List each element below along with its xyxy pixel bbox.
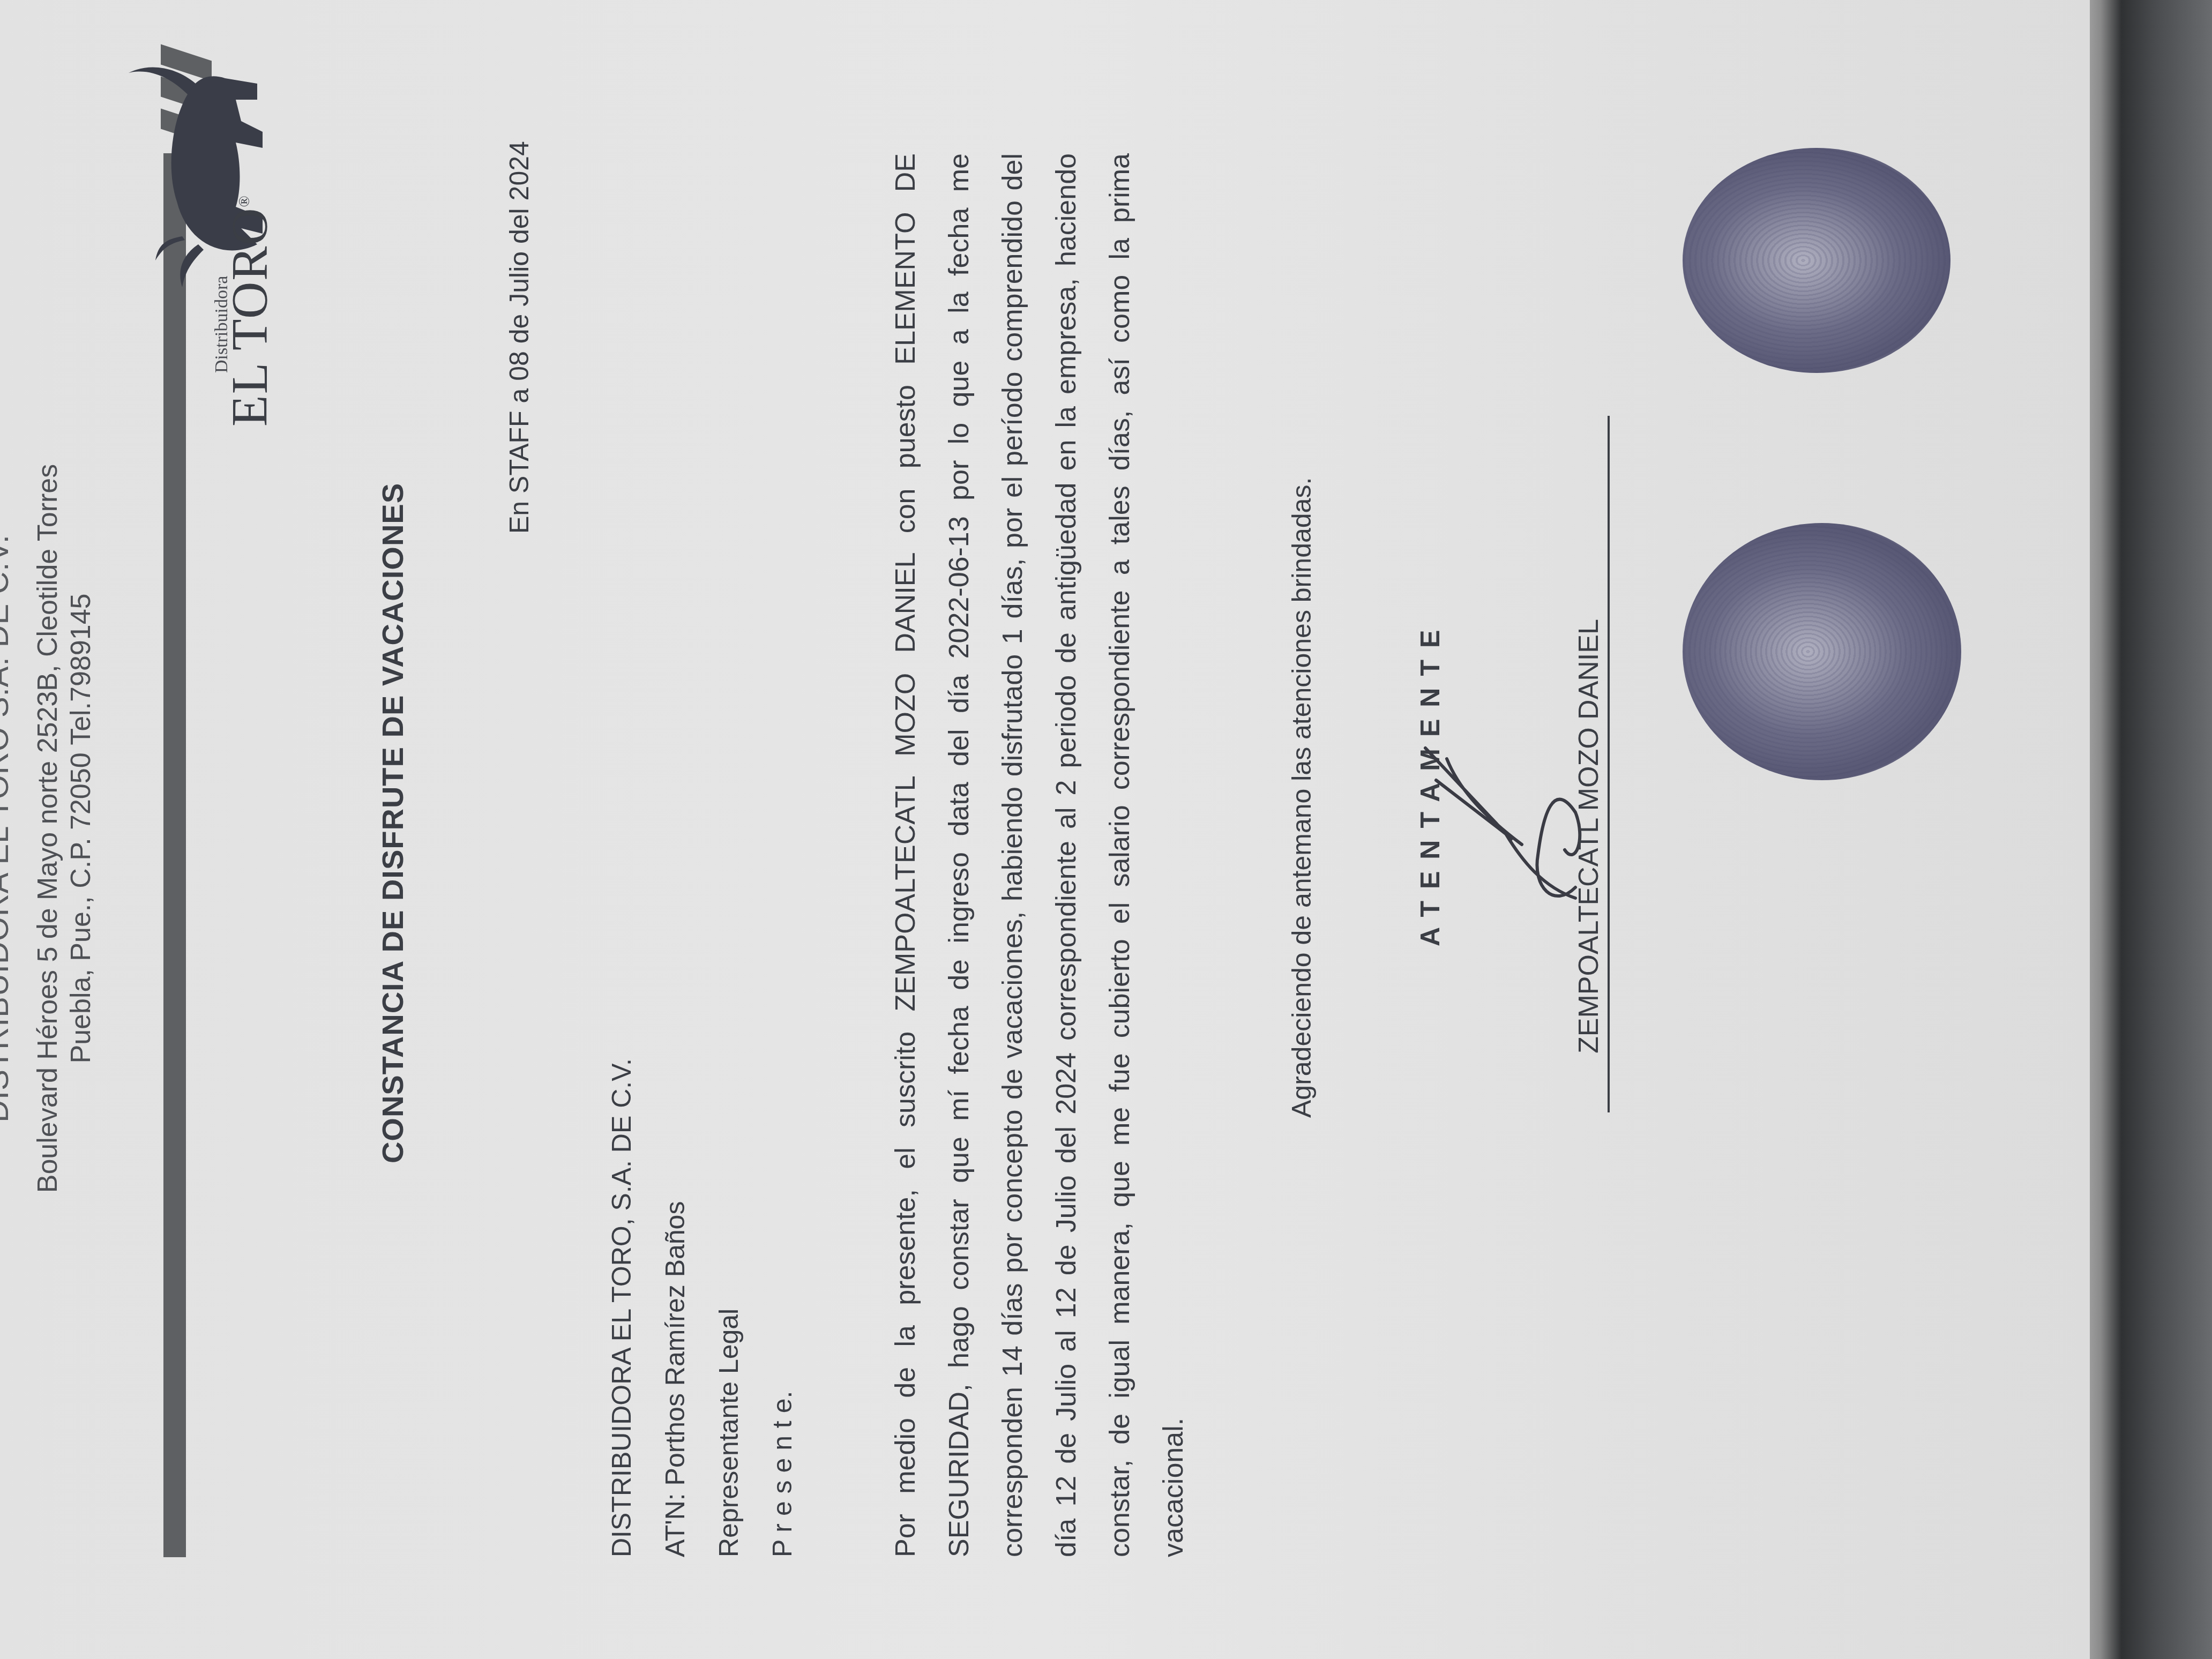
addressee-role: Representante Legal — [702, 1058, 756, 1557]
document-page: DISTRIBUIDORA EL TORO S.A. DE C.V. Boule… — [0, 0, 2090, 1659]
addressee-presente: P r e s e n t e. — [756, 1058, 809, 1557]
address-line-1: Boulevard Héroes 5 de Mayo norte 2523B, … — [31, 373, 64, 1284]
fingerprint-left — [1683, 523, 1961, 780]
addressee-attn: AT'N: Porthos Ramírez Baños — [648, 1058, 702, 1557]
addressee-company: DISTRIBUIDORA EL TORO, S.A. DE C.V. — [595, 1058, 648, 1557]
company-name-cut: DISTRIBUIDORA EL TORO S.A. DE C.V. — [0, 373, 16, 1284]
signature-scribble — [1415, 716, 1586, 920]
body-paragraph: Por medio de la presente, el suscrito ZE… — [879, 153, 1200, 1557]
thanks-line: Agradeciendo de antemano las atenciones … — [1286, 477, 1317, 1118]
signature-line — [1608, 416, 1610, 1112]
signer-name: ZEMPOALTECATL MOZO DANIEL — [1573, 619, 1605, 1053]
logo-el-toro: EL TORO® — [220, 195, 279, 427]
company-address: Boulevard Héroes 5 de Mayo norte 2523B, … — [31, 373, 98, 1284]
address-line-2: Puebla, Pue., C.P. 72050 Tel.7989145 — [64, 373, 98, 1284]
document-title: CONSTANCIA DE DISFRUTE DE VACACIONES — [375, 394, 410, 1252]
document-rotated: DISTRIBUIDORA EL TORO S.A. DE C.V. Boule… — [0, 0, 2090, 1659]
addressee-block: DISTRIBUIDORA EL TORO, S.A. DE C.V. AT'N… — [595, 1058, 809, 1557]
table-surface-edge — [2073, 0, 2212, 1659]
date-line: En STAFF a 08 de Julio del 2024 — [504, 141, 535, 534]
fingerprint-right — [1683, 148, 1951, 373]
